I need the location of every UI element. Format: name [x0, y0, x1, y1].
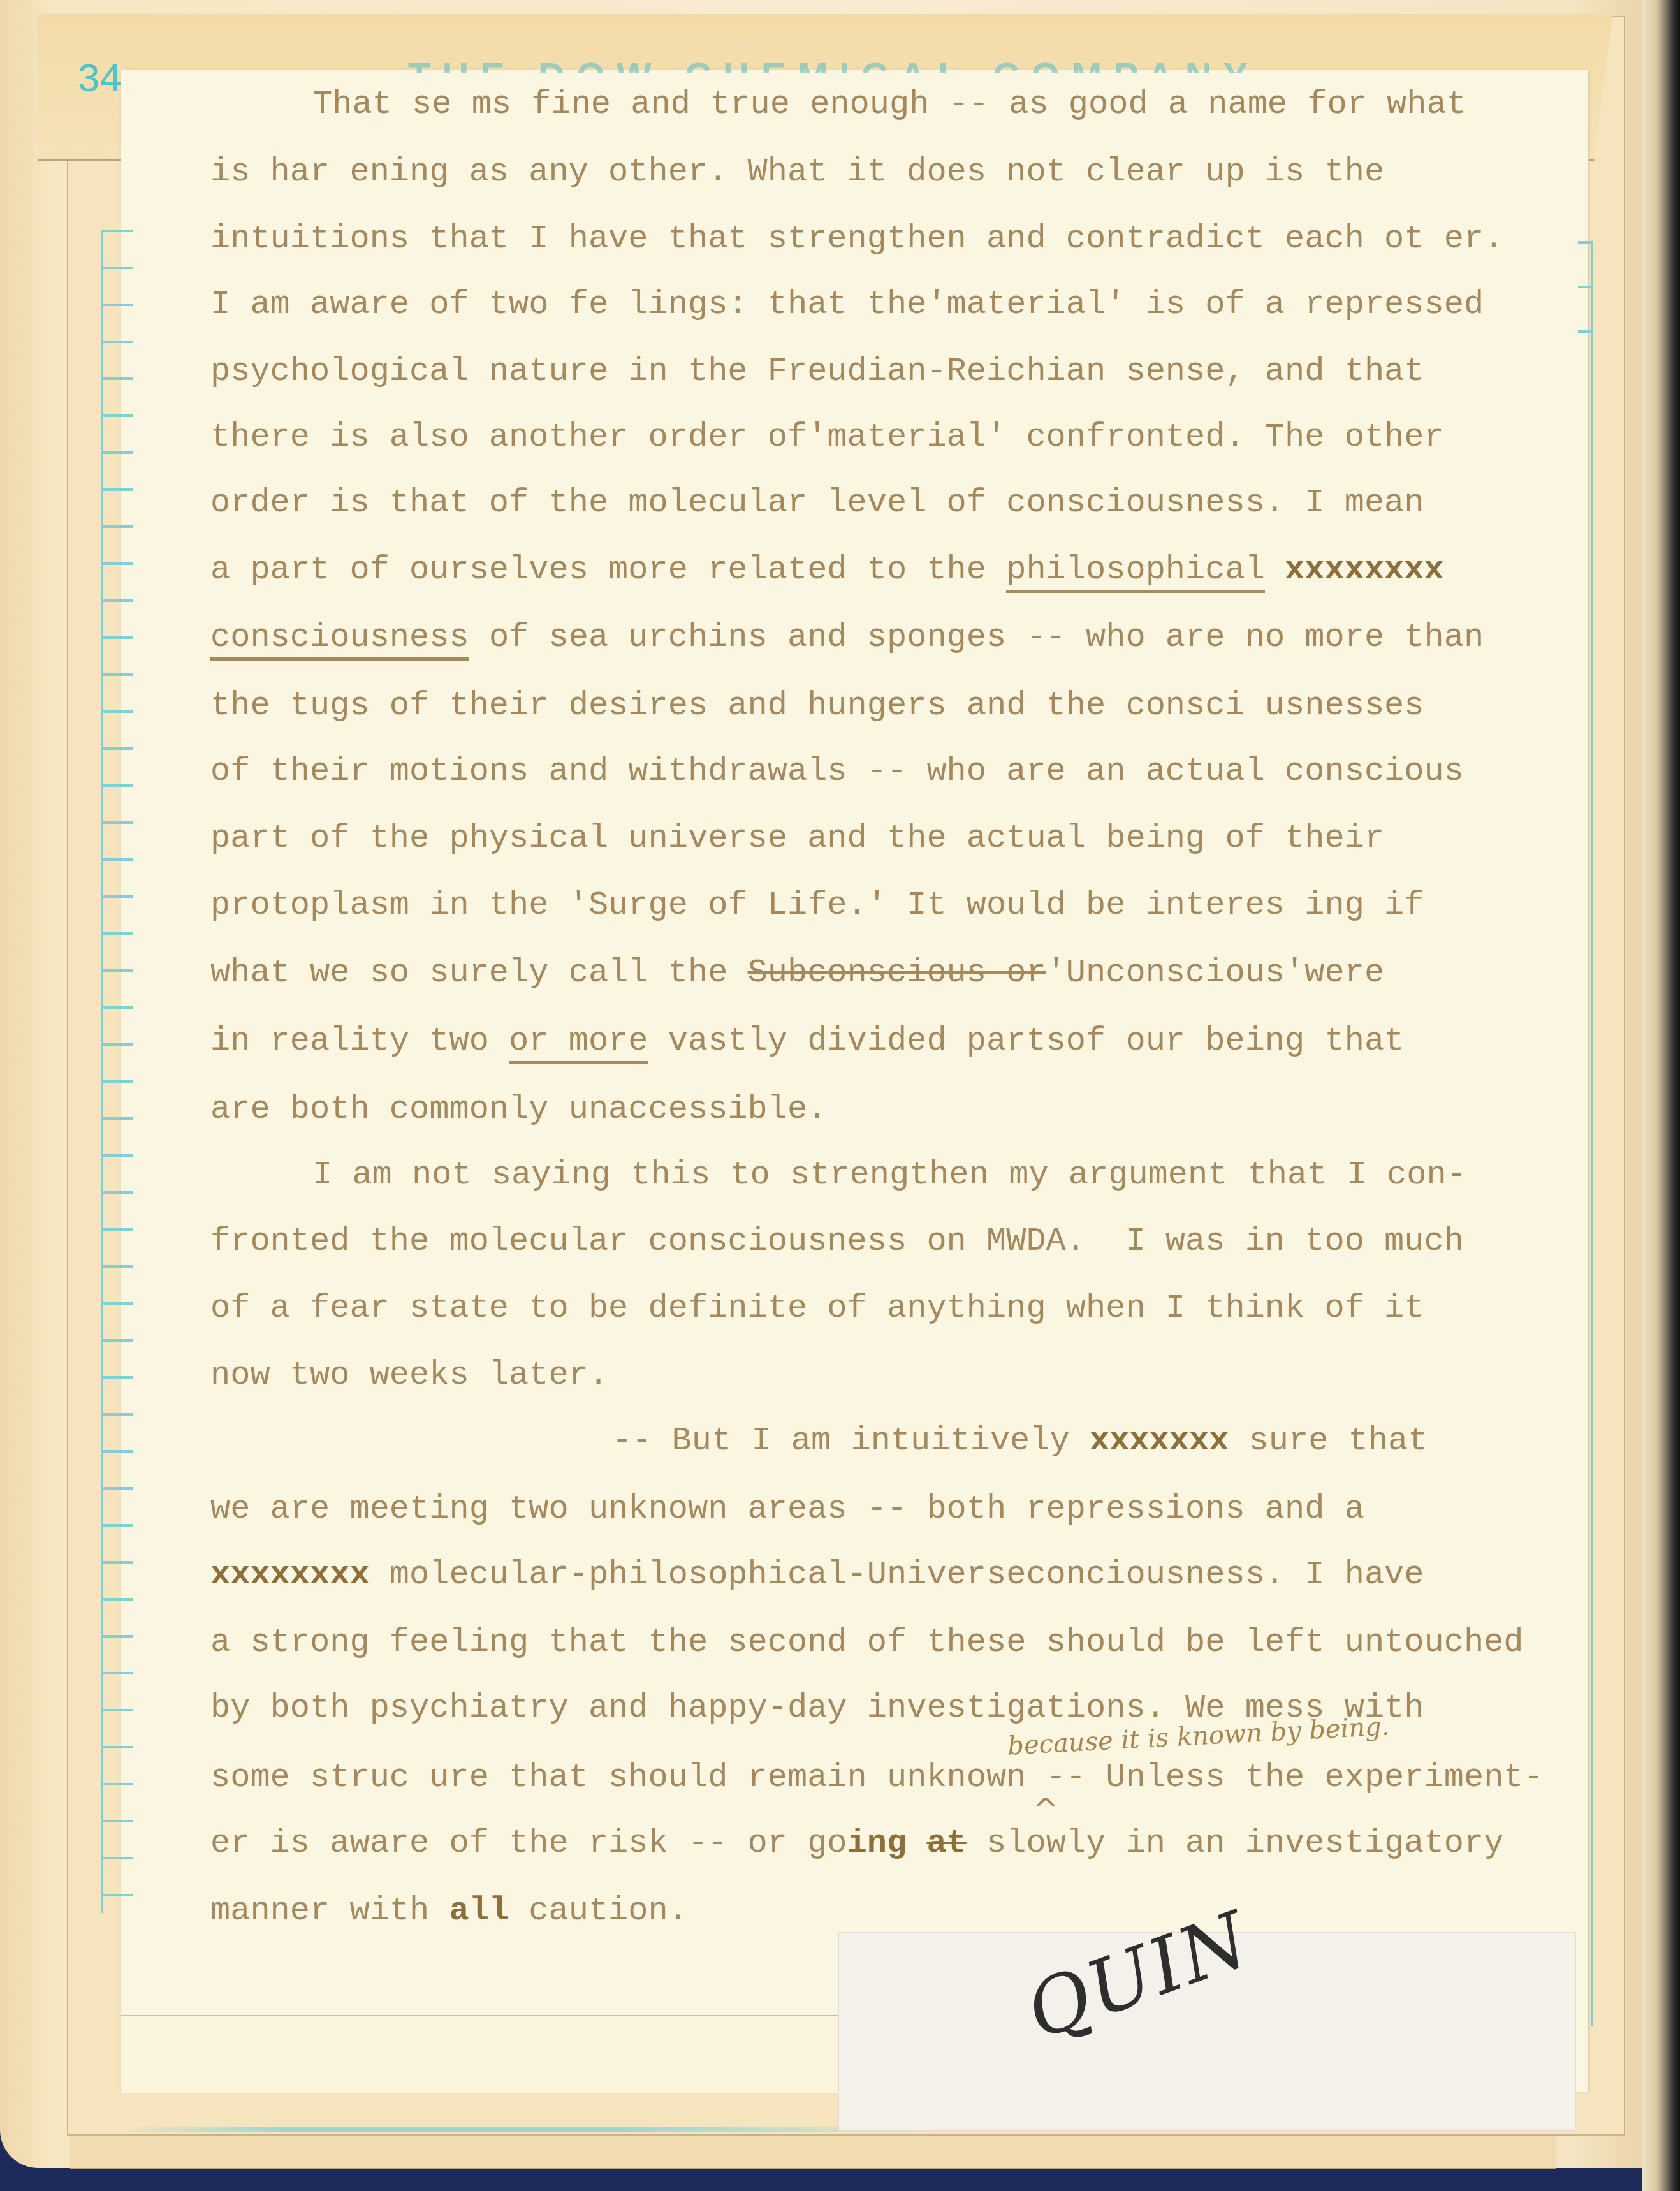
ruler-tick — [1578, 241, 1591, 244]
typed-text: a part of ourselves more related to the — [210, 551, 1006, 589]
ruler-tick — [101, 599, 133, 602]
typed-text: -- Unless the experiment- — [1046, 1759, 1544, 1796]
typed-line-19: of a fear state to be definite of anythi… — [210, 1289, 1424, 1328]
ruler-tick — [101, 1783, 133, 1785]
typed-text: 'Unconscious'were — [1046, 954, 1385, 992]
ruler-tick — [1578, 286, 1591, 288]
ruler-tick — [101, 932, 133, 935]
typed-line-16: are both commonly unaccessible. — [210, 1090, 827, 1129]
typed-line-1: That se ms fine and true enough -- as go… — [312, 85, 1466, 124]
ruler-tick — [101, 1043, 133, 1046]
typed-text: some struc ure that should remain unknow… — [210, 1759, 1046, 1796]
ruler-tick — [1578, 330, 1591, 333]
ruler-tick — [101, 1154, 133, 1157]
ruler-tick — [101, 562, 133, 565]
ruler-tick — [101, 341, 133, 343]
typed-text: sure that — [1229, 1422, 1428, 1460]
typed-line-14: what we so surely call the Subconscious … — [210, 954, 1384, 992]
typed-line-7: order is that of the molecular level of … — [210, 484, 1424, 522]
typed-line-27: er is aware of the risk -- or going at s… — [210, 1824, 1503, 1863]
ruler-tick — [101, 1487, 133, 1490]
insertion-caret-icon: ^ — [1033, 1792, 1058, 1828]
ruler-tick — [101, 1265, 133, 1268]
ruler-tick — [101, 821, 133, 824]
space — [1265, 551, 1285, 589]
ruler-tick — [101, 895, 133, 898]
ruler-tick — [101, 414, 133, 417]
typed-line-8: a part of ourselves more related to the … — [210, 551, 1444, 589]
typed-text: in reality two — [210, 1022, 509, 1060]
typed-line-9: consciousness of sea urchins and sponges… — [210, 619, 1484, 657]
typed-line-21: -- But I am intuitively xxxxxxx sure tha… — [612, 1422, 1428, 1460]
typed-line-11: of their motions and withdrawals -- who … — [210, 752, 1464, 791]
typed-text: -- But I am intuitively — [612, 1422, 1090, 1460]
typed-line-4: I am aware of two fe lings: that the'mat… — [210, 286, 1484, 324]
typed-line-10: the tugs of their desires and hungers an… — [210, 687, 1424, 725]
ruler-tick — [101, 1302, 133, 1305]
typed-text: caution. — [509, 1892, 688, 1930]
ruler-tick — [101, 1635, 133, 1638]
typed-line-12: part of the physical universe and the ac… — [210, 819, 1384, 858]
right-margin-ruler — [1591, 241, 1593, 2026]
bottom-blue-rule — [121, 2127, 950, 2132]
typed-line-28: manner with all caution. — [210, 1892, 688, 1930]
ruler-tick — [101, 230, 133, 232]
typed-text: of sea urchins and sponges -- who are no… — [469, 619, 1484, 656]
typed-line-15: in reality two or more vastly divided pa… — [210, 1022, 1404, 1060]
typed-text: er is aware of the risk -- or go — [210, 1824, 847, 1862]
typed-line-6: there is also another order of'material'… — [210, 418, 1444, 457]
ruler-tick — [101, 1709, 133, 1711]
ruler-tick — [101, 1672, 133, 1674]
typed-line-24: a strong feeling that the second of thes… — [210, 1623, 1524, 1662]
typed-text: molecular-philosophical-Universeconcious… — [370, 1556, 1424, 1594]
typed-text: what we so surely call the — [210, 954, 748, 992]
ruler-tick — [101, 747, 133, 750]
ruler-tick — [101, 969, 133, 972]
ruler-tick — [101, 1857, 133, 1859]
ruler-tick — [101, 1820, 133, 1822]
typed-line-22: we are meeting two unknown areas -- both… — [210, 1490, 1364, 1528]
ruler-tick — [101, 784, 133, 787]
ruler-tick — [101, 1598, 133, 1601]
signature-slip: QUIN — [838, 1932, 1576, 2131]
ruler-tick — [101, 1376, 133, 1379]
ruler-tick — [101, 1080, 133, 1083]
ruler-tick — [101, 1450, 133, 1453]
ruler-tick — [101, 1117, 133, 1120]
ruler-tick — [101, 267, 133, 269]
typed-line-5: psychological nature in the Freudian-Rei… — [210, 353, 1424, 391]
bottom-backing-edge — [70, 2136, 1556, 2169]
underlined-word: consciousness — [210, 619, 469, 661]
ruler-tick — [101, 710, 133, 713]
ruler-tick — [101, 1746, 133, 1748]
ruler-tick — [101, 636, 133, 639]
typed-line-13: protoplasm in the 'Surge of Life.' It wo… — [210, 886, 1424, 925]
letterhead-band: THE DOW CHEMICAL COMPANY — [408, 54, 1313, 73]
handwritten-overstrike: ing — [847, 1824, 907, 1862]
ruler-tick — [101, 451, 133, 454]
ruler-tick — [101, 1228, 133, 1231]
typed-text: manner with — [210, 1892, 449, 1930]
ruler-tick — [101, 1561, 133, 1564]
ruler-tick — [101, 1413, 133, 1416]
underlined-word: or more — [509, 1022, 648, 1064]
typed-text: vastly divided partsof our being that — [648, 1022, 1405, 1060]
struck-text: Subconscious or — [748, 954, 1046, 992]
ruler-tick — [101, 377, 133, 380]
typed-line-26: some struc ure that should remain unknow… — [210, 1759, 1544, 1797]
typed-line-18: fronted the molecular consciousness on M… — [210, 1222, 1464, 1261]
album-spine — [1642, 0, 1680, 2191]
ruler-tick — [101, 488, 133, 491]
typed-xout: xxxxxxxx — [1285, 551, 1444, 589]
left-margin-ruler — [101, 230, 103, 1913]
ruler-tick — [101, 1191, 133, 1194]
typed-line-17: I am not saying this to strengthen my ar… — [312, 1156, 1466, 1194]
ruler-tick — [101, 304, 133, 306]
ruler-tick — [101, 1339, 133, 1342]
ruler-tick — [101, 1006, 133, 1009]
ruler-tick — [101, 1894, 133, 1896]
struck-text: at — [926, 1824, 966, 1862]
typed-xout: xxxxxxxx — [210, 1556, 370, 1594]
page-number: 34 — [78, 59, 122, 98]
ruler-tick — [101, 1524, 133, 1527]
typed-line-23: xxxxxxxx molecular-philosophical-Univers… — [210, 1556, 1424, 1594]
bottom-paper-strip — [121, 2015, 842, 2093]
underlined-word: philosophical — [1006, 551, 1265, 593]
ruler-tick — [101, 858, 133, 861]
typed-line-2: is har ening as any other. What it does … — [210, 153, 1384, 191]
typed-line-20: now two weeks later. — [210, 1356, 608, 1395]
ruler-tick — [101, 525, 133, 528]
typed-xout: xxxxxxx — [1090, 1422, 1229, 1460]
handwritten-overstrike: all — [449, 1892, 509, 1930]
typed-text: slowly in an investigatory — [967, 1824, 1504, 1862]
typed-line-3: intuitions that I have that strengthen a… — [210, 220, 1503, 258]
letterhead-text: THE DOW CHEMICAL COMPANY — [408, 58, 1259, 73]
space — [907, 1824, 926, 1862]
ruler-tick — [101, 673, 133, 676]
